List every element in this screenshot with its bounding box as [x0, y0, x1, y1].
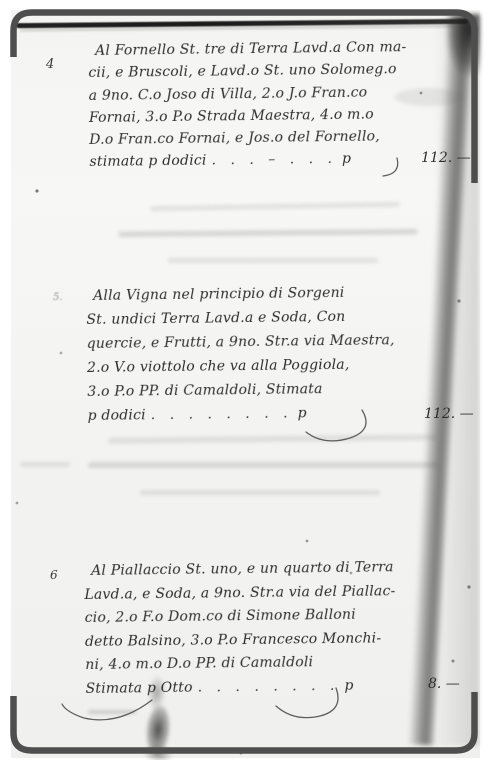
scan-frame	[0, 0, 488, 760]
scan-frame-top	[14, 13, 475, 184]
scan-frame-bottom	[14, 692, 475, 751]
